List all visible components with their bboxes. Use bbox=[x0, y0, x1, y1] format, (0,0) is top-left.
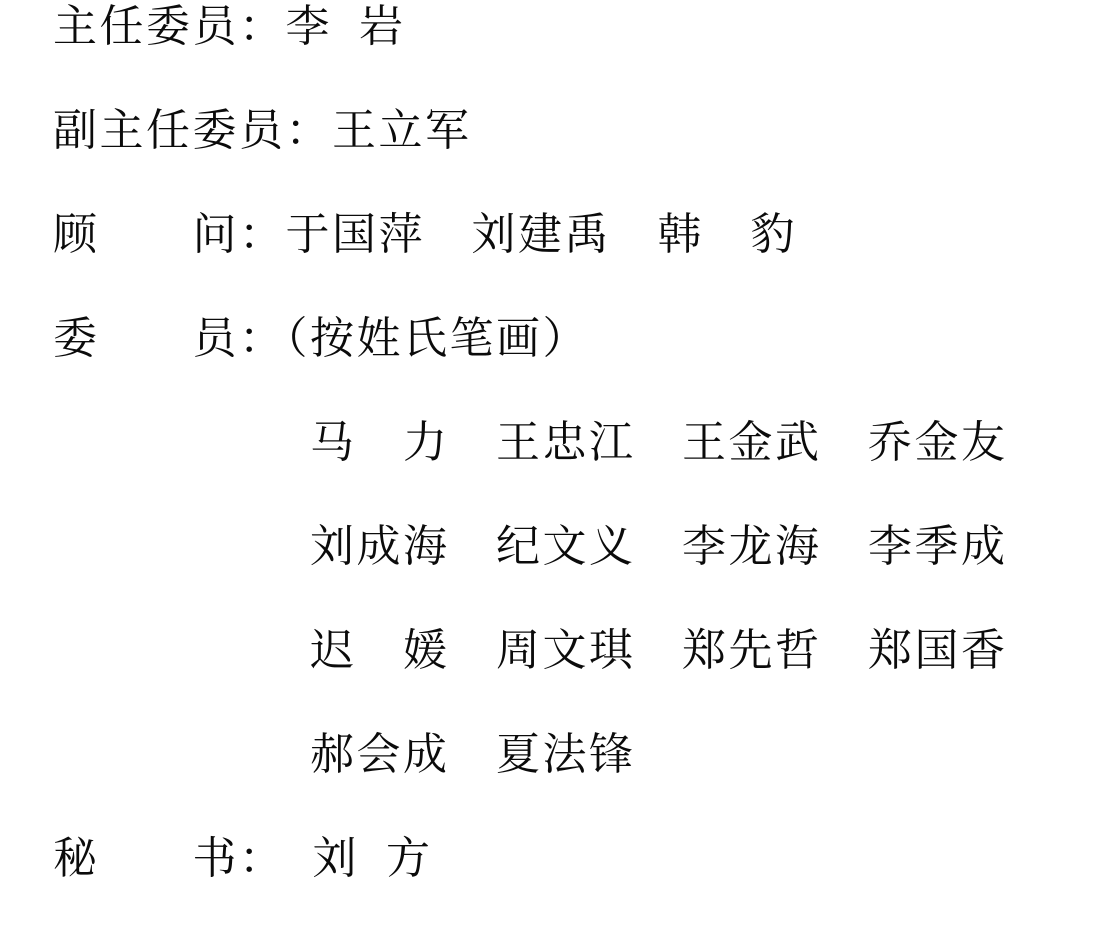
committee-row-vice-chair: 副主任委员：王立军 bbox=[53, 105, 472, 157]
committee-row-advisors: 顾 问：于国萍 刘建禹 韩 豹 bbox=[53, 209, 797, 261]
row-colon: ： bbox=[239, 314, 286, 363]
row-colon: ： bbox=[239, 2, 286, 51]
document-page: 主任委员：李 岩 副主任委员：王立军 顾 问：于国萍 刘建禹 韩 豹 委 员：（… bbox=[0, 0, 1106, 940]
committee-row-members-head: 委 员：（按姓氏笔画） bbox=[53, 313, 589, 365]
row-label: 主任委员 bbox=[53, 2, 239, 51]
row-content: （按姓氏笔画） bbox=[286, 314, 590, 363]
committee-row-chair: 主任委员：李 岩 bbox=[53, 1, 406, 53]
row-content: 迟 媛 周文琪 郑先哲 郑国香 bbox=[310, 626, 1008, 675]
row-content: 李 岩 bbox=[286, 2, 406, 51]
row-label: 秘 书 bbox=[53, 834, 239, 883]
row-content: 马 力 王忠江 王金武 乔金友 bbox=[310, 418, 1008, 467]
row-colon: ： bbox=[239, 210, 286, 259]
row-content: 郝会成 夏法锋 bbox=[310, 730, 636, 779]
row-content: 王立军 bbox=[332, 106, 472, 155]
row-colon: ： bbox=[286, 106, 333, 155]
row-content: 刘成海 纪文义 李龙海 李季成 bbox=[310, 522, 1008, 571]
row-colon: ： bbox=[239, 834, 286, 883]
committee-row-members-4: 郝会成 夏法锋 bbox=[310, 729, 636, 781]
committee-row-members-2: 刘成海 纪文义 李龙海 李季成 bbox=[310, 521, 1008, 573]
row-content: 于国萍 刘建禹 韩 豹 bbox=[286, 210, 798, 259]
committee-row-secretary: 秘 书： 刘 方 bbox=[53, 833, 433, 885]
row-label: 副主任委员 bbox=[53, 106, 286, 155]
row-content: 刘 方 bbox=[286, 834, 433, 883]
row-label: 顾 问 bbox=[53, 210, 239, 259]
committee-row-members-1: 马 力 王忠江 王金武 乔金友 bbox=[310, 417, 1008, 469]
row-label: 委 员 bbox=[53, 314, 239, 363]
committee-row-members-3: 迟 媛 周文琪 郑先哲 郑国香 bbox=[310, 625, 1008, 677]
